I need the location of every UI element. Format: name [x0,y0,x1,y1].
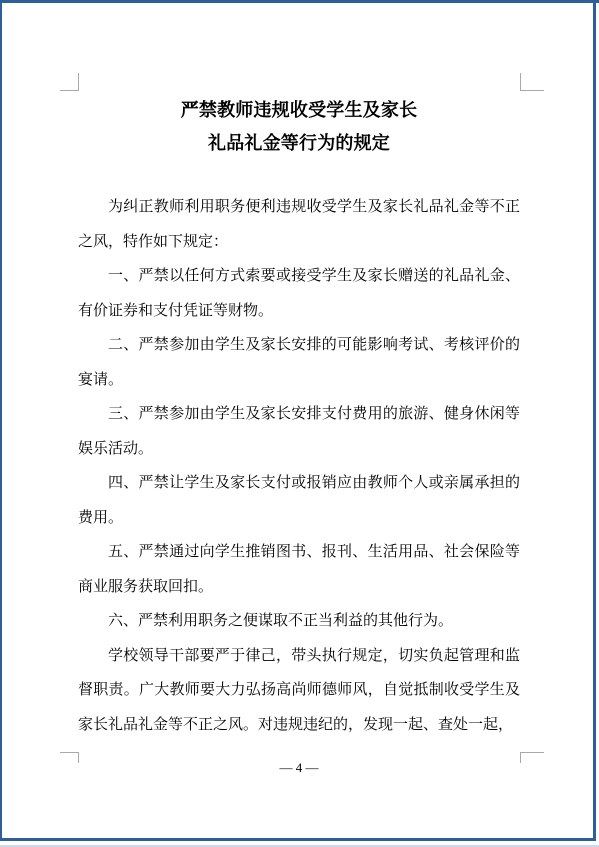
document-title: 严禁教师违规收受学生及家长 礼品礼金等行为的规定 [78,94,520,160]
rule-item-6: 六、严禁利用职务之便谋取不正当利益的其他行为。 [78,604,520,639]
rule-item-4: 四、严禁让学生及家长支付或报销应由教师个人或亲属承担的费用。 [78,466,520,535]
crop-mark-top-right [520,73,544,91]
crop-mark-top-left [60,73,79,91]
closing-paragraph: 学校领导干部要严于律己，带头执行规定，切实负起管理和监督职责。广大教师要大力弘扬… [78,639,520,743]
page-number: — 4 — [78,760,520,776]
rule-item-3: 三、严禁参加由学生及家长安排支付费用的旅游、健身休闲等娱乐活动。 [78,397,520,466]
page-frame-right [593,0,596,841]
rule-item-2: 二、严禁参加由学生及家长安排的可能影响考试、考核评价的宴请。 [78,328,520,397]
document-title-line2: 礼品礼金等行为的规定 [78,127,520,160]
page-frame-top [0,0,599,3]
crop-mark-bottom-right [520,752,544,763]
page-frame-bottom [0,838,596,841]
intro-paragraph: 为纠正教师利用职务便利违规收受学生及家长礼品礼金等不正之风，特作如下规定： [78,190,520,259]
rule-item-1: 一、严禁以任何方式索要或接受学生及家长赠送的礼品礼金、有价证券和支付凭证等财物。 [78,259,520,328]
crop-mark-bottom-left [60,752,79,763]
rule-item-5: 五、严禁通过向学生推销图书、报刊、生活用品、社会保险等商业服务获取回扣。 [78,535,520,604]
document-body: 为纠正教师利用职务便利违规收受学生及家长礼品礼金等不正之风，特作如下规定： 一、… [78,190,520,742]
document-title-line1: 严禁教师违规收受学生及家长 [78,94,520,127]
document-page: 严禁教师违规收受学生及家长 礼品礼金等行为的规定 为纠正教师利用职务便利违规收受… [0,0,599,847]
page-frame-left [0,0,2,841]
